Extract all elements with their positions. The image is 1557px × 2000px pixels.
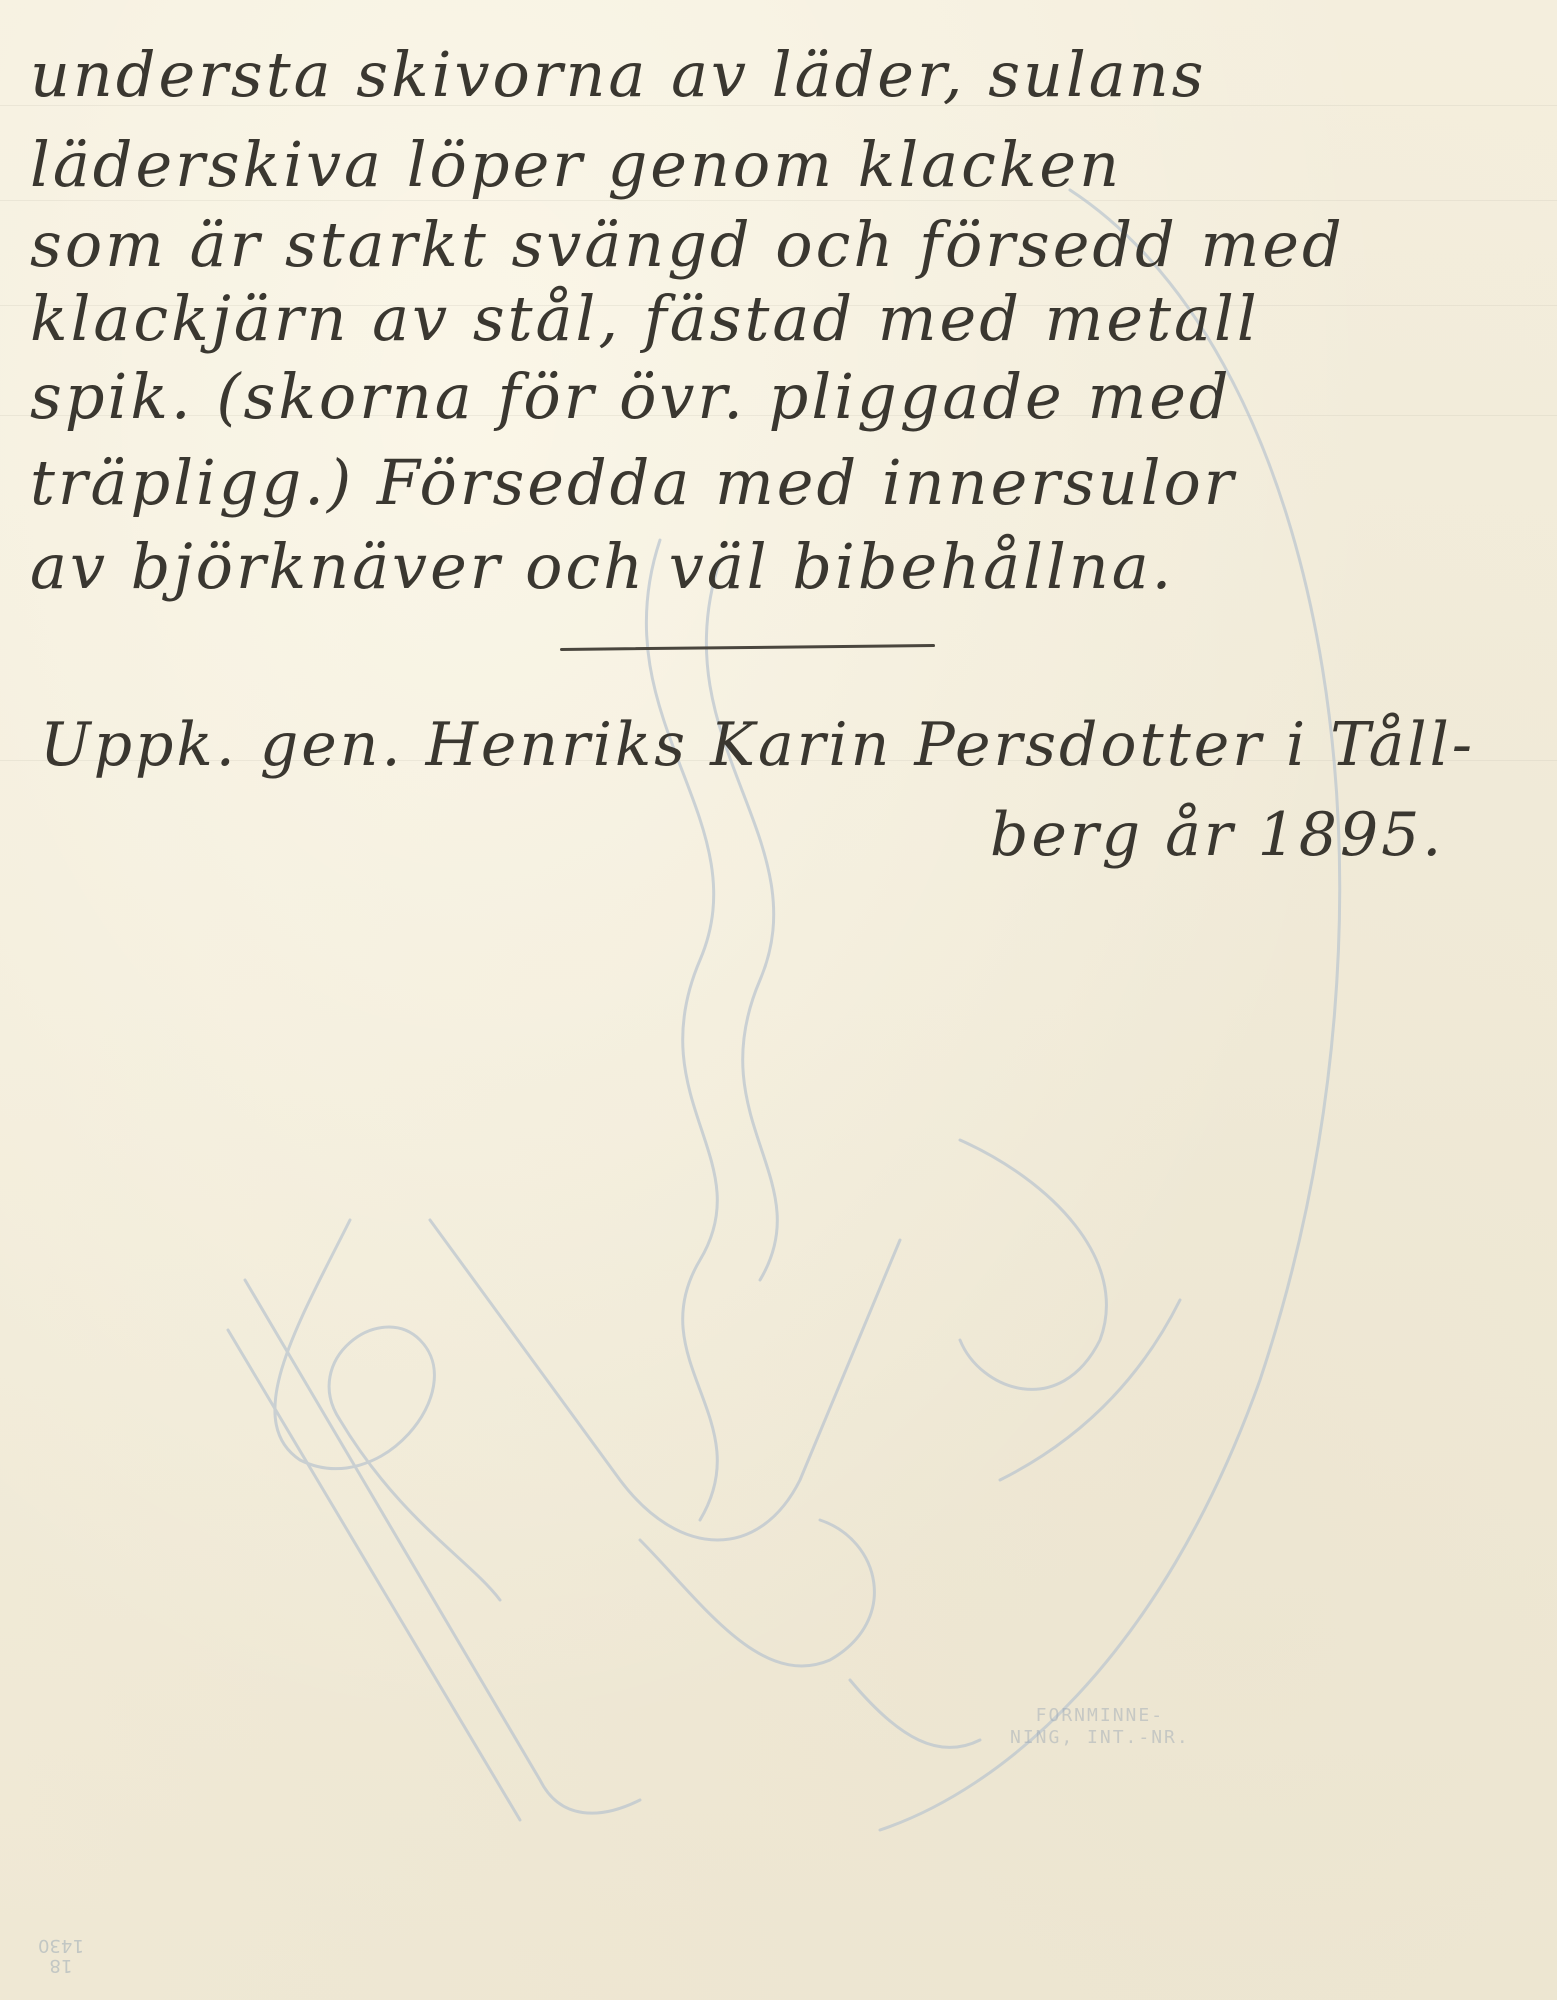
body-line-5: spik. (skorna för övr. pliggade med xyxy=(30,360,1232,433)
body-line-7: av björknäver och väl bibehållna. xyxy=(30,530,1174,603)
body-line-1: understa skivorna av läder, sulans xyxy=(30,38,1207,111)
stamp-line-1: FORNMINNE- xyxy=(1010,1705,1190,1727)
stamp-line-2: NING, INT.-NR. xyxy=(1010,1727,1190,1749)
body-line-2: läderskiva löper genom klacken xyxy=(30,128,1122,201)
body-line-3: som är starkt svängd och försedd med xyxy=(30,208,1345,281)
corner-mark-line-1: 18 xyxy=(38,1955,84,1975)
attribution-line-2: berg år 1895. xyxy=(990,800,1444,870)
attribution-line-1: Uppk. gen. Henriks Karin Persdotter i Tå… xyxy=(40,710,1475,780)
corner-mark-line-2: 1430 xyxy=(38,1935,84,1955)
body-line-4: klackjärn av stål, fästad med metall xyxy=(30,282,1260,355)
faint-museum-stamp: FORNMINNE- NING, INT.-NR. xyxy=(1010,1705,1190,1749)
corner-catalog-mark: 18 1430 xyxy=(38,1935,84,1975)
body-line-6: träpligg.) Försedda med innersulor xyxy=(30,446,1236,519)
